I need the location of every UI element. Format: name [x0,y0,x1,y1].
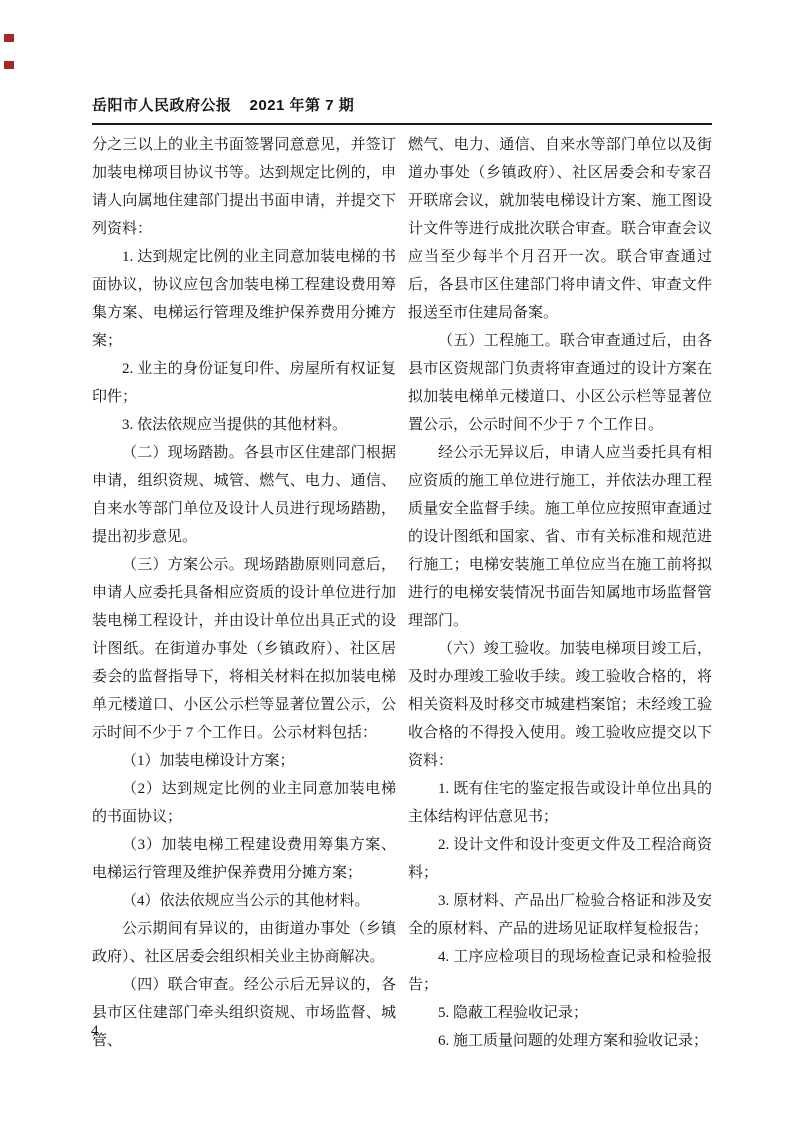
paragraph: 1. 既有住宅的鉴定报告或设计单位出具的主体结构评估意见书； [408,775,712,831]
paragraph: 6. 施工质量问题的处理方案和验收记录； [408,1027,712,1055]
paragraph: 4. 工序应检项目的现场检查记录和检验报告； [408,943,712,999]
paragraph: （1）加装电梯设计方案； [92,747,396,775]
paragraph: 2. 业主的身份证复印件、房屋所有权证复印件； [92,355,396,411]
red-edge-mark [4,34,14,42]
issue-label: 2021 年第 7 期 [250,97,355,114]
paragraph: （4）依法依规应当公示的其他材料。 [92,887,396,915]
paragraph: 分之三以上的业主书面签署同意意见，并签订加装电梯项目协议书等。达到规定比例的，申… [92,131,396,243]
paragraph: （五）工程施工。联合审查通过后，由各县市区资规部门负责将审查通过的设计方案在拟加… [408,327,712,439]
red-edge-mark [4,61,14,69]
page-number: 4 [91,1021,99,1041]
paragraph: 3. 依法依规应当提供的其他材料。 [92,411,396,439]
paragraph: 经公示无异议后，申请人应当委托具有相应资质的施工单位进行施工，并依法办理工程质量… [408,439,712,635]
paragraph: 燃气、电力、通信、自来水等部门单位以及街道办事处（乡镇政府）、社区居委会和专家召… [408,131,712,327]
paragraph: 1. 达到规定比例的业主同意加装电梯的书面协议，协议应包含加装电梯工程建设费用筹… [92,243,396,355]
gazette-title: 岳阳市人民政府公报 [92,97,232,114]
paragraph: 公示期间有异议的，由街道办事处（乡镇政府）、社区居委会组织相关业主协商解决。 [92,915,396,971]
paragraph: （2）达到规定比例的业主同意加装电梯的书面协议； [92,775,396,831]
right-column: 燃气、电力、通信、自来水等部门单位以及街道办事处（乡镇政府）、社区居委会和专家召… [408,131,712,1055]
paragraph: 3. 原材料、产品出厂检验合格证和涉及安全的原材料、产品的进场见证取样复检报告； [408,887,712,943]
paragraph: 5. 隐蔽工程验收记录； [408,999,712,1027]
paragraph: （六）竣工验收。加装电梯项目竣工后，及时办理竣工验收手续。竣工验收合格的，将相关… [408,635,712,775]
body-columns: 分之三以上的业主书面签署同意意见，并签订加装电梯项目协议书等。达到规定比例的，申… [92,131,712,1055]
left-column: 分之三以上的业主书面签署同意意见，并签订加装电梯项目协议书等。达到规定比例的，申… [92,131,396,1055]
paragraph: （三）方案公示。现场踏勘原则同意后，申请人应委托具备相应资质的设计单位进行加装电… [92,551,396,747]
paragraph: （二）现场踏勘。各县市区住建部门根据申请，组织资规、城管、燃气、电力、通信、自来… [92,439,396,551]
paragraph: （3）加装电梯工程建设费用筹集方案、电梯运行管理及维护保养费用分摊方案； [92,831,396,887]
page-header: 岳阳市人民政府公报2021 年第 7 期 [92,94,712,125]
paragraph: （四）联合审查。经公示后无异议的，各县市区住建部门牵头组织资规、市场监督、城管、 [92,971,396,1055]
gazette-page: 岳阳市人民政府公报2021 年第 7 期 分之三以上的业主书面签署同意意见，并签… [0,0,793,1122]
paragraph: 2. 设计文件和设计变更文件及工程洽商资料； [408,831,712,887]
